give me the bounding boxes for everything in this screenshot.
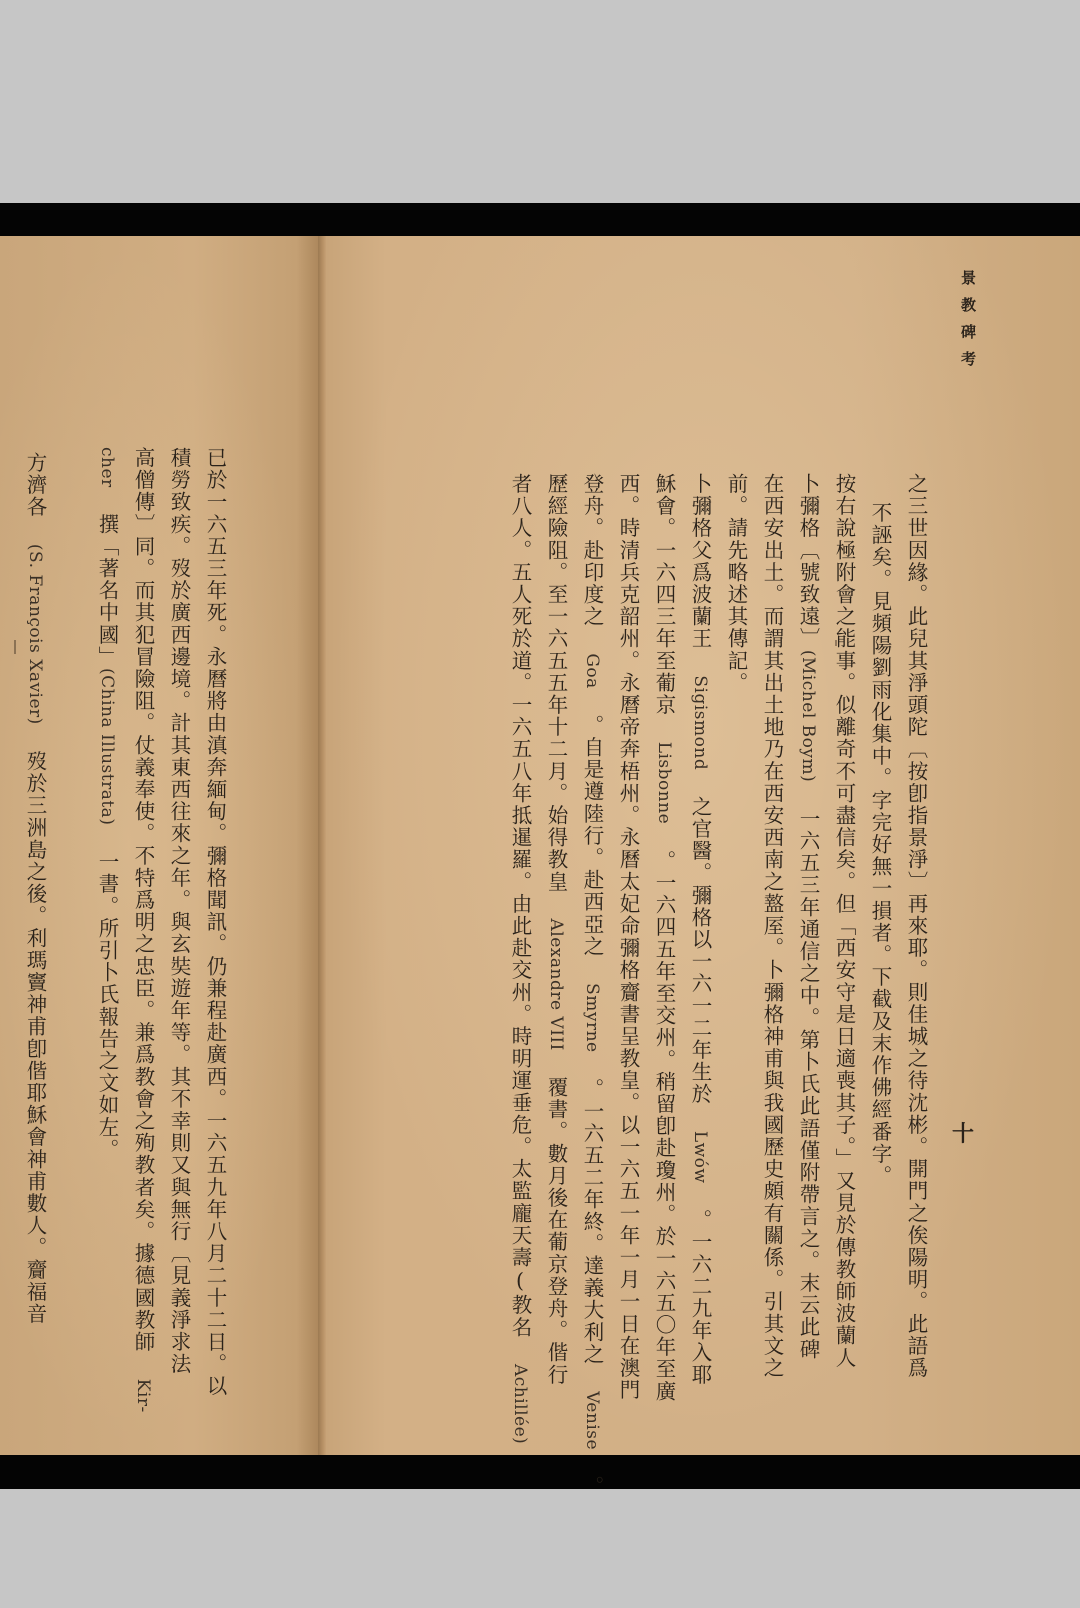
latin-text: (Michel Boym) <box>798 650 818 782</box>
text-column-r2: 不誣矣。見頻陽劉雨化集中。字完好無一損者。下截及末作佛經番字。 <box>865 502 895 1187</box>
text-column-r1: 之三世因緣。此兒其淨頭陀〔按卽指景淨〕再來耶。則佳城之待沈彬。開門之俟陽明。此語… <box>901 473 931 1379</box>
text-column-l2: 積勞致疾。歿於廣西邊境。計其東西往來之年。與玄奘遊年等。其不幸則又與無行〔見義淨… <box>164 447 194 1375</box>
bottom-black-border <box>0 1455 1080 1489</box>
print-mark <box>14 640 16 654</box>
text-column-r12: 者八人。五人死於道。一六五八年抵暹羅。由此赴交州。時明運垂危。太監龐天壽(教名 … <box>505 473 535 1444</box>
running-head: 景教碑考 <box>958 270 979 378</box>
top-black-border <box>0 203 1080 236</box>
page-number: 十 <box>952 1117 974 1148</box>
text-column-r11: 歷經險阻。至一六五五年十二月。始得教皇 Alexandre VIII 覆書。數月… <box>541 473 571 1386</box>
text-column-l4: cher 撰「著名中國」(China Illustrata) 一書。所引卜氏報告… <box>92 447 122 1160</box>
text-column-r10: 登舟。赴印度之 Goa 。自是遵陸行。赴西亞之 Smyrne 。一六五二年終。達… <box>577 473 607 1498</box>
text-column-r8: 穌會。一六四三年至葡京 Lisbonne 。一六四五年至交州。稍留卽赴瓊州。於一… <box>649 473 679 1402</box>
print-mark <box>835 640 837 646</box>
text-column-r6: 前。請先略述其傳記。 <box>721 473 751 694</box>
text-column-r3: 按右說極附會之能事。似離奇不可盡信矣。但「西安守是日適喪其子。」又見於傳教師波蘭… <box>829 473 859 1369</box>
text-column-r9: 西。時清兵克韶州。永曆帝奔梧州。永曆太妃命彌格齎書呈教皇。以一六五一年一月一日在… <box>613 473 643 1401</box>
text-column-l3: 高僧傳〕同。而其犯冒險阻。仗義奉使。不特爲明之忠臣。兼爲教會之殉教者矣。據德國教… <box>128 447 158 1413</box>
text-column-l5: 方濟各 (S. François Xavier) 歿於三洲島之後。利瑪竇神甫卽偕… <box>20 452 50 1325</box>
text-column-l1: 已於一六五三年死。永曆將由滇奔緬甸。彌格聞訊。仍兼程赴廣西。一六五九年八月二十二… <box>200 447 230 1397</box>
text-column-r4: 卜彌格〔號致遠〕(Michel Boym) 一六五三年通信之中。第卜氏此語僅附帶… <box>793 473 823 1360</box>
text-column-r7: 卜彌格父爲波蘭王 Sigismond 之官醫。彌格以一六一二年生於 Lwów 。… <box>685 473 715 1386</box>
text-column-r5: 在西安出土。而謂其出土地乃在西安西南之盩厔。卜彌格神甫與我國歷史頗有關係。引其文… <box>757 473 787 1379</box>
